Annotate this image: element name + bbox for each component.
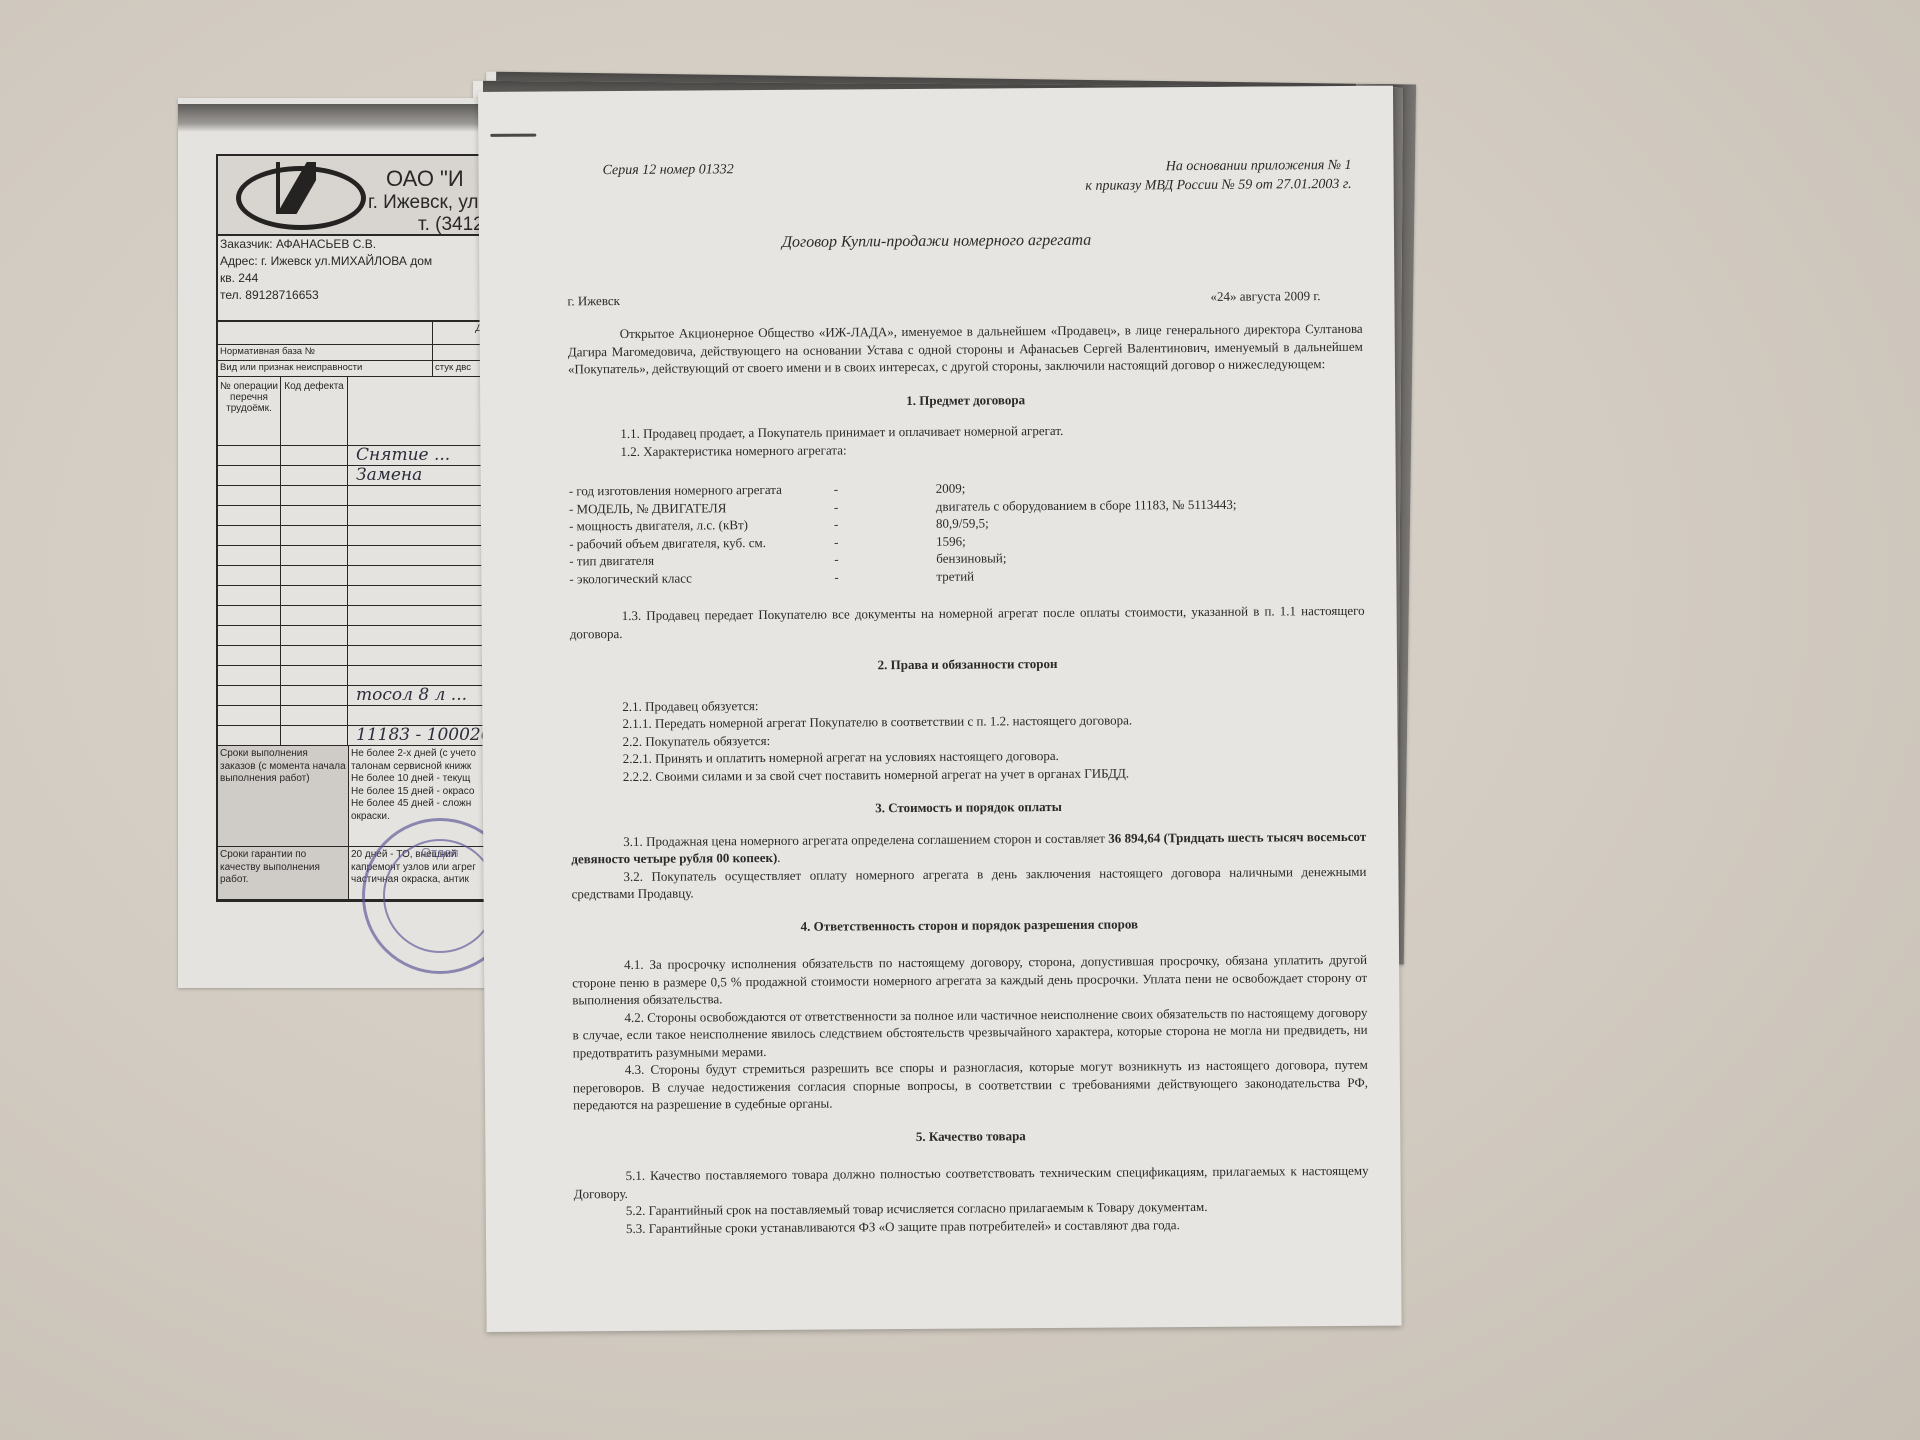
clause-1-3: 1.3. Продавец передает Покупателю все до… (570, 602, 1365, 643)
customer-address: Адрес: г. Ижевск ул.МИХАЙЛОВА дом (220, 253, 516, 270)
clause-5-1: 5.1. Качество поставляемого товара должн… (574, 1162, 1369, 1203)
cell-defect (281, 526, 348, 545)
spec-key: - рабочий объем двигателя, куб. см. (569, 533, 834, 552)
section-2-title: 2. Права и обязанности сторон (570, 653, 1365, 676)
copier-shadow-top (178, 104, 508, 132)
cell-defect (281, 566, 348, 585)
customer-name: Заказчик: АФАНАСЬЕВ С.В. (220, 236, 516, 253)
fault-label: Вид или признак неисправности (218, 361, 433, 376)
cell-operation (218, 486, 281, 505)
cell-operation (218, 546, 281, 565)
staple-icon (490, 134, 536, 137)
norm-base-row: Нормативная база № 23 (218, 345, 516, 361)
spec-dash: - (834, 497, 936, 515)
clause-4-2: 4.2. Стороны освобождаются от ответствен… (572, 1003, 1367, 1061)
series-number: Серия 12 номер 01332 (602, 162, 733, 179)
operation-line: Снятие ... (218, 446, 516, 466)
customer-phone: тел. 89128716653 (220, 287, 516, 304)
cell-operation (218, 466, 281, 485)
clause-3-1-end: . (777, 850, 780, 865)
contract-body: Открытое Акционерное Общество «ИЖ-ЛАДА»,… (568, 320, 1369, 1238)
cell-operation (218, 726, 281, 745)
form-body: ОАО "И г. Ижевск, ул т. (3412 Заказчик: … (216, 154, 516, 902)
cell-defect (281, 626, 348, 645)
cell-defect (281, 646, 348, 665)
customer-block: Заказчик: АФАНАСЬЕВ С.В. Адрес: г. Ижевс… (216, 236, 516, 320)
order-table: Дата пр Нормативная база № 23 Вид или пр… (216, 320, 516, 902)
operation-line (218, 606, 516, 626)
operation-line: Замена (218, 466, 516, 486)
operation-line (218, 566, 516, 586)
cell-defect (281, 486, 348, 505)
company-address: г. Ижевск, ул (368, 192, 479, 214)
customer-apartment: кв. 244 (220, 270, 516, 287)
operation-line (218, 666, 516, 686)
preamble: Открытое Акционерное Общество «ИЖ-ЛАДА»,… (568, 320, 1363, 378)
section-3-title: 3. Стоимость и порядок оплаты (571, 796, 1366, 819)
cell-operation (218, 586, 281, 605)
contract-date: «24» августа 2009 г. (1210, 288, 1320, 305)
cell-defect (281, 606, 348, 625)
execution-terms-label: Сроки выполнения заказов (с момента нача… (218, 746, 349, 846)
section-2-items: 2.1. Продавец обязуется:2.1.1. Передать … (622, 692, 1366, 785)
spec-dash: - (834, 480, 936, 498)
cell-operation (218, 666, 281, 685)
spec-key: - тип двигателя (569, 551, 834, 570)
spec-dash: - (834, 567, 936, 585)
spec-dash: - (834, 532, 936, 550)
cell-operation (218, 566, 281, 585)
operation-line (218, 506, 516, 526)
operation-line: тосол 8 л ... (218, 686, 516, 706)
cell-defect (281, 446, 348, 465)
legal-basis-line-1: На основании приложения № 1 (1085, 156, 1351, 177)
lada-sail-icon (276, 162, 316, 214)
col-operation: № операции перечня трудоёмк. (218, 377, 281, 445)
fault-row: Вид или признак неисправности стук двс (218, 361, 516, 377)
clause-3-1: 3.1. Продажная цена номерного агрегата о… (571, 827, 1366, 868)
cell-operation (218, 706, 281, 725)
engine-specs: - год изготовления номерного агрегата-20… (569, 477, 1365, 588)
cell-defect (281, 466, 348, 485)
operations-lines: Снятие ...Заменатосол 8 л ...11183 - 100… (218, 446, 516, 746)
price: 36 894,64 (1108, 830, 1160, 845)
operation-line (218, 706, 516, 726)
spec-dash: - (834, 550, 936, 568)
col-defect-code: Код дефекта (281, 377, 348, 445)
cell-operation (218, 606, 281, 625)
operation-line (218, 586, 516, 606)
legal-basis: На основании приложения № 1 к приказу МВ… (1085, 156, 1352, 196)
cell-defect (281, 706, 348, 725)
section-5-title: 5. Качество товара (573, 1124, 1368, 1147)
cell-defect (281, 726, 348, 745)
spec-key: - экологический класс (569, 568, 834, 587)
spec-key: - год изготовления номерного агрегата (569, 481, 834, 500)
sale-contract-page: Серия 12 номер 01332 На основании прилож… (478, 86, 1402, 1332)
company-phone: т. (3412 (418, 214, 484, 236)
spec-value: третий (936, 564, 1364, 584)
cell-operation (218, 626, 281, 645)
section-4-title: 4. Ответственность сторон и порядок разр… (572, 913, 1367, 936)
cell-defect (281, 506, 348, 525)
company-name: ОАО "И (386, 166, 464, 192)
clause-4-3: 4.3. Стороны будут стремиться разрешить … (573, 1056, 1368, 1114)
date-row: Дата пр (218, 322, 516, 345)
legal-basis-line-2: к приказу МВД России № 59 от 27.01.2003 … (1085, 175, 1351, 196)
cell-defect (281, 686, 348, 705)
city: г. Ижевск (567, 293, 620, 309)
operation-line (218, 546, 516, 566)
stamp-text: Отдел (421, 845, 459, 860)
operation-line (218, 626, 516, 646)
operation-line (218, 486, 516, 506)
cell-operation (218, 526, 281, 545)
section-1-title: 1. Предмет договора (568, 388, 1363, 411)
cell-operation (218, 446, 281, 465)
cell-defect (281, 586, 348, 605)
spec-dash: - (834, 515, 936, 533)
operation-line (218, 646, 516, 666)
operations-header: № операции перечня трудоёмк. Код дефекта (218, 377, 516, 446)
warranty-terms-label: Сроки гарантии по качеству выполнения ра… (218, 847, 349, 899)
norm-base-label: Нормативная база № (218, 345, 433, 360)
cell-operation (218, 506, 281, 525)
cell-defect (281, 546, 348, 565)
operation-line (218, 526, 516, 546)
form-header: ОАО "И г. Ижевск, ул т. (3412 (216, 154, 516, 236)
cell-operation (218, 646, 281, 665)
cell-operation (218, 686, 281, 705)
operation-line: 11183 - 1000260... (218, 726, 516, 746)
cell-defect (281, 666, 348, 685)
spec-key: - МОДЕЛЬ, № ДВИГАТЕЛЯ (569, 498, 834, 517)
clause-4-1: 4.1. За просрочку исполнения обязательст… (572, 951, 1367, 1009)
clause-3-2: 3.2. Покупатель осуществляет оплату номе… (571, 862, 1366, 903)
spec-key: - мощность двигателя, л.с. (кВт) (569, 516, 834, 535)
document-title: Договор Купли-продажи номерного агрегата (479, 230, 1394, 254)
clause-3-1-text: 3.1. Продажная цена номерного агрегата о… (623, 830, 1108, 848)
